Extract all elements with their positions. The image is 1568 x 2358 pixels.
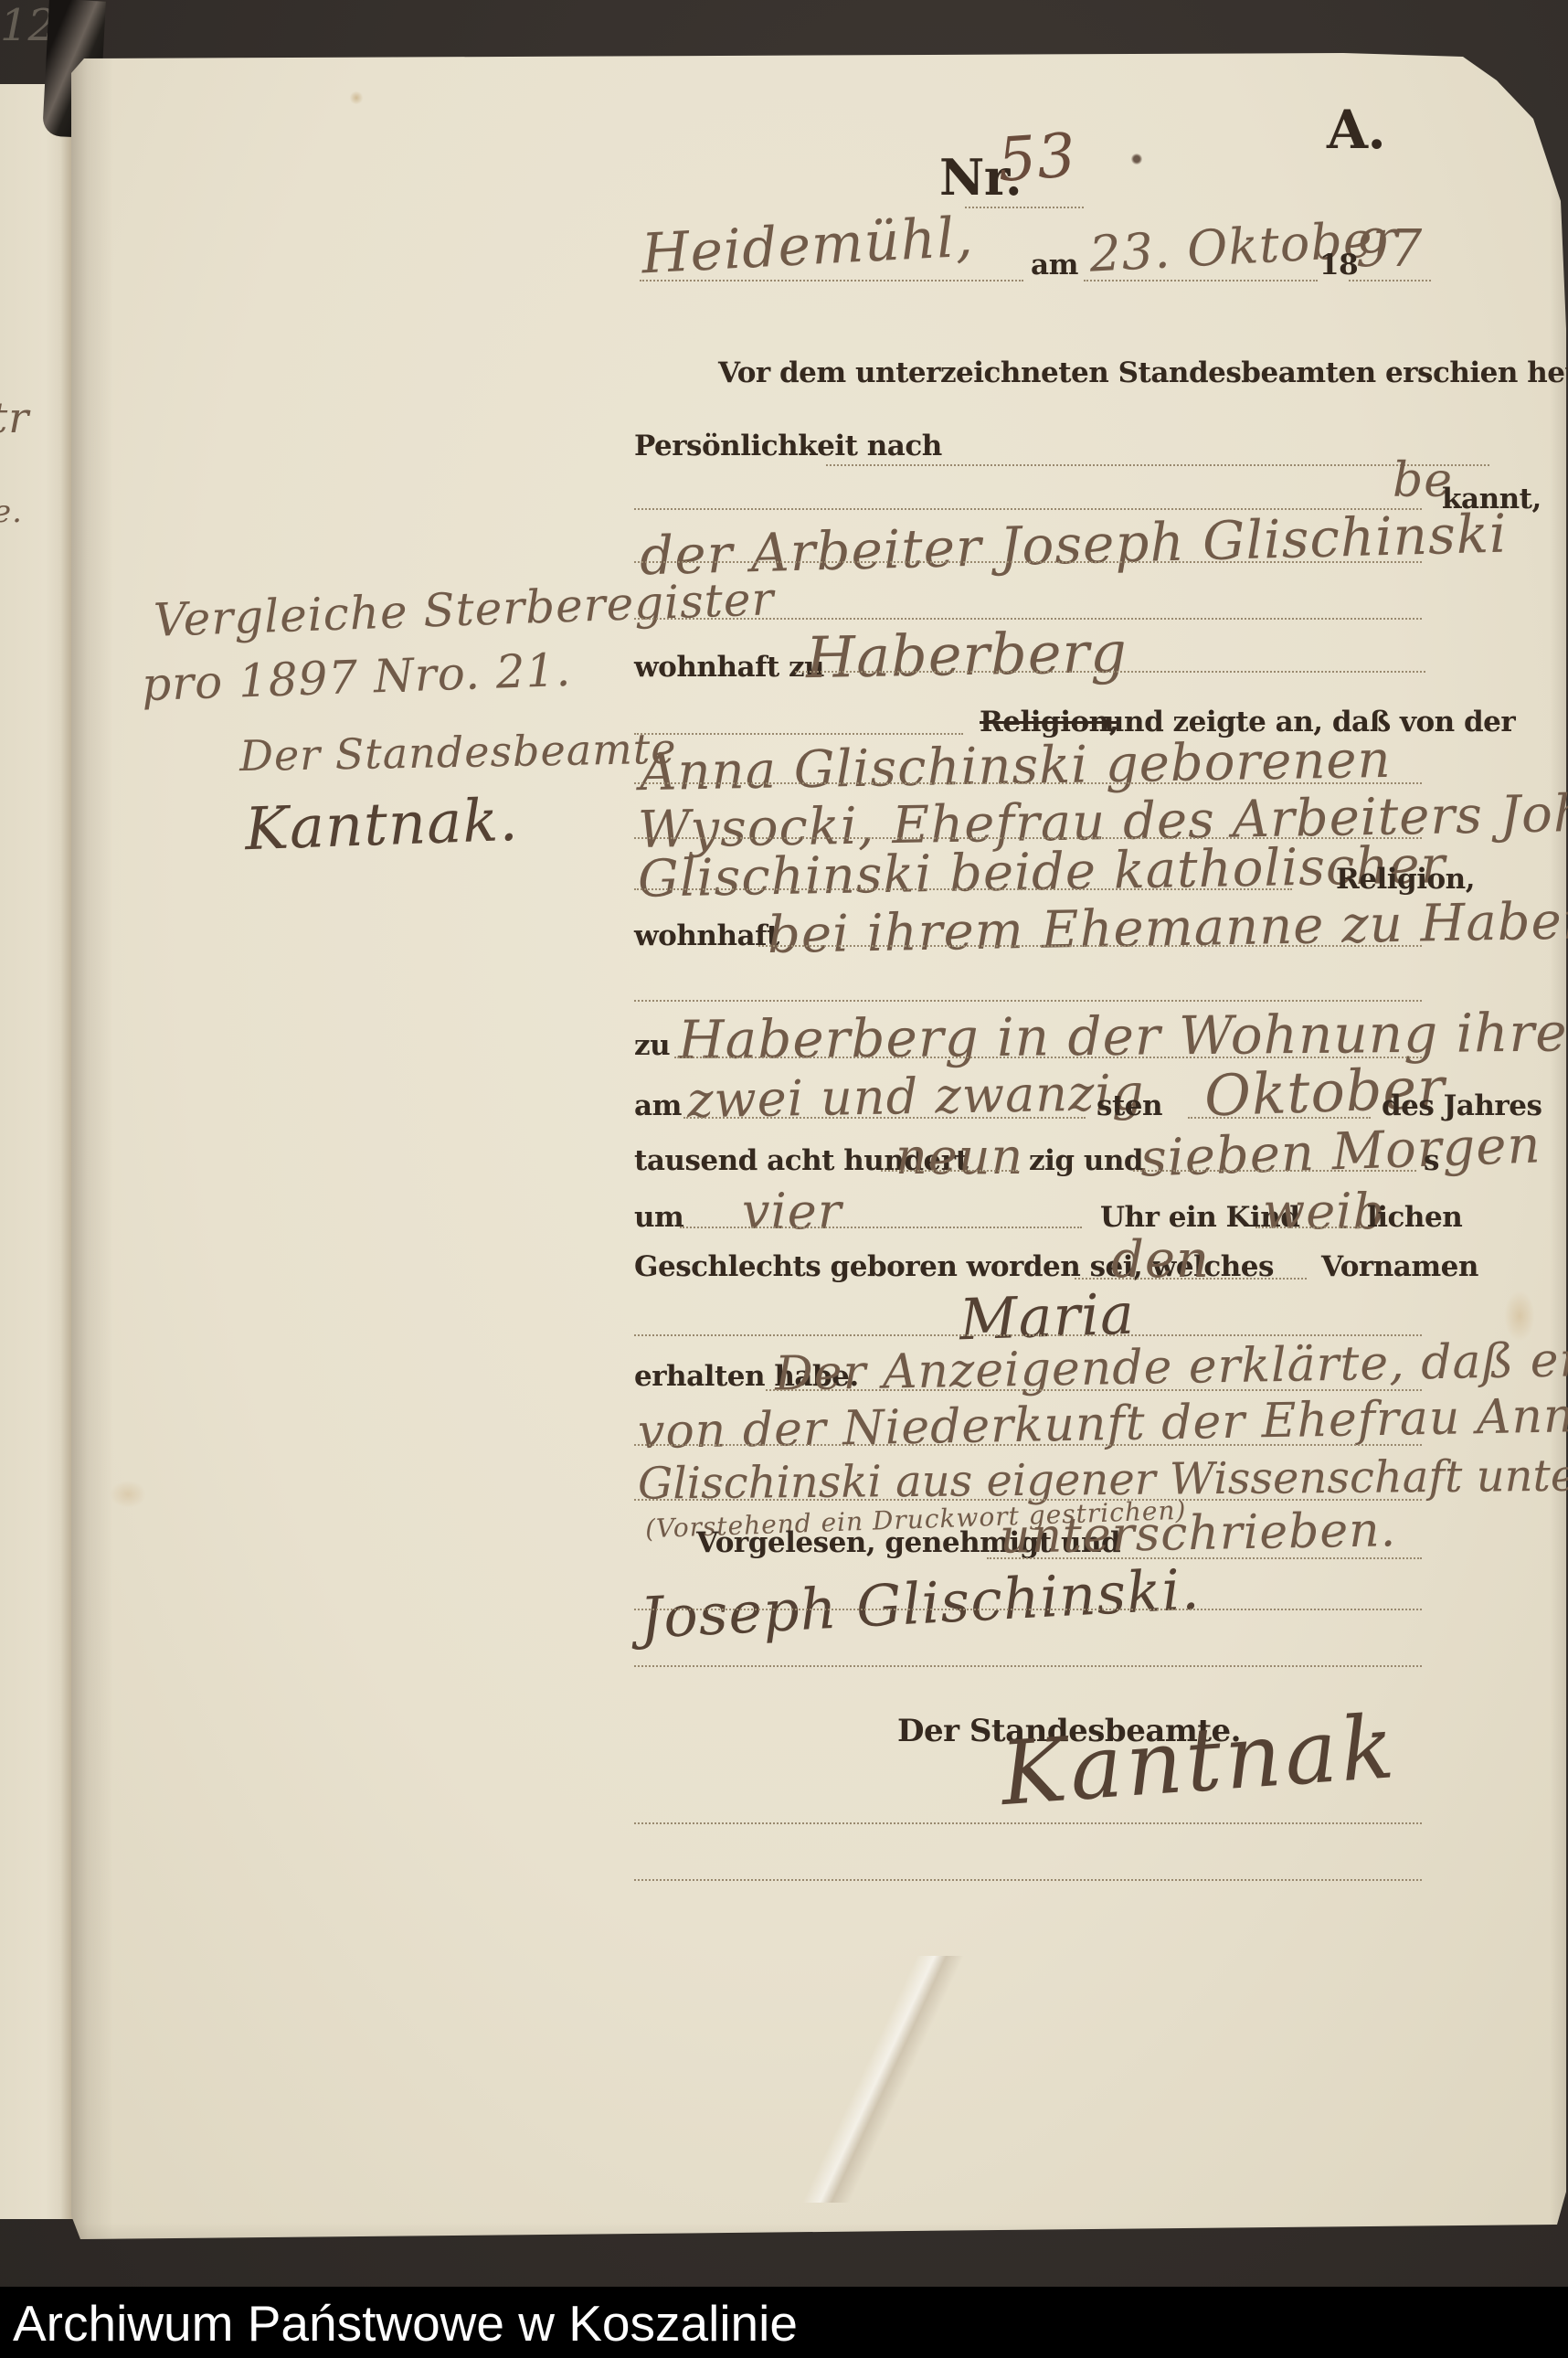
dotted-line [826,464,1489,466]
dotted-line [1075,1278,1307,1280]
record-number-value: 53 [995,120,1078,196]
dateline-year-written: 97 [1356,219,1423,279]
dotted-line [640,280,1023,281]
dotted-line [634,1665,1422,1667]
hw-neun: neun [895,1128,1023,1185]
hw-declarant-residence: Haberberg [805,619,1128,691]
scanned-register-page: ltr e. A. 127 Nr. 53 / Heidemühl, am 23.… [0,0,1568,2358]
hw-birth-hour: vier [742,1183,842,1240]
dotted-line [1188,1117,1371,1119]
printed-wohnhaft: wohnhaft [634,919,779,952]
dateline-am-label: am [1031,249,1078,281]
dotted-line [634,1000,1422,1002]
dotted-line [634,1609,1422,1610]
edge-fragment: e. [0,494,23,530]
printed-sten: sten [1097,1089,1162,1122]
dotted-line [987,1557,1422,1559]
printed-religion2: Religion, [1336,863,1475,896]
dotted-line [634,782,1422,784]
dotted-line [881,1170,1018,1172]
dotted-line [680,1227,1082,1228]
dotted-line [965,207,1084,208]
printed-um: um [634,1201,683,1234]
dotted-line [758,945,1422,947]
dotted-line [1349,280,1431,281]
margin-note-line3: Der Standesbeamte [239,724,677,781]
hw-unterschrieben: unterschrieben. [1000,1503,1397,1565]
dotted-line [634,1334,1422,1336]
dotted-line [683,1117,1086,1119]
edge-fragment: ltr [0,393,29,442]
printed-wohnhaft-zu: wohnhaft zu [634,651,824,684]
margin-note-signature: Kantnak. [244,787,520,864]
dateline-year-printed: 18 [1319,249,1358,281]
printed-zig-und: zig und [1029,1144,1143,1177]
dotted-line [634,733,963,735]
printed-intro: Vor dem unterzeichneten Standesbeamten e… [718,356,1568,389]
form-letter-a: A. [1327,99,1385,161]
printed-religion-struck: Religion, [980,706,1118,738]
printed-am: am [634,1089,682,1122]
printed-vornamen: Vornamen [1321,1250,1478,1283]
hw-birth-day: zwei und zwanzig [686,1064,1144,1130]
archive-footer-text: Archiwum Państwowe w Koszalinie [13,2294,798,2353]
dotted-line [634,1822,1422,1824]
archive-footer-bar: Archiwum Państwowe w Koszalinie [0,2287,1568,2358]
dotted-line [634,888,1292,890]
printed-s-suffix: s [1424,1144,1439,1177]
dotted-line [634,1879,1422,1881]
dotted-line [1133,1170,1416,1172]
dotted-line [634,561,1422,563]
printed-lichen: lichen [1367,1201,1462,1234]
dotted-line [1255,1227,1361,1228]
dotted-line [634,618,1422,620]
printed-zu: zu [634,1029,670,1062]
dotted-line [795,671,1425,673]
dotted-line [1084,280,1318,281]
printed-persoenlichkeit: Persönlichkeit nach [634,430,942,462]
dotted-line [634,1444,1422,1446]
dotted-line [766,1389,1422,1391]
